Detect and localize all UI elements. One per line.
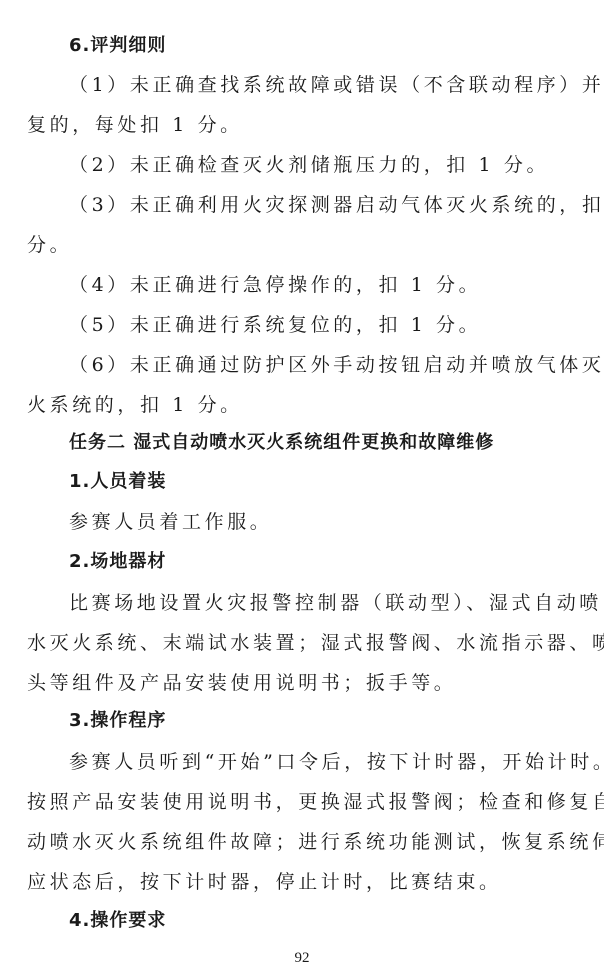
paragraph-line: 参赛人员着工作服。 [0,510,604,534]
page-number: 92 [0,950,604,967]
paragraph-line: 头等组件及产品安装使用说明书；扳手等。 [0,671,604,695]
paragraph-line: 应状态后，按下计时器，停止计时，比赛结束。 [0,870,604,894]
paragraph-line: 比赛场地设置火灾报警控制器（联动型）、湿式自动喷 [0,591,604,615]
section-heading: 4.操作要求 [0,909,604,933]
section-heading: 6.评判细则 [0,34,604,58]
rule-item-1: （1）未正确查找系统故障或错误（不含联动程序）并修 [0,73,604,97]
section-heading: 1.人员着装 [0,470,604,494]
section-heading: 2.场地器材 [0,550,604,574]
rule-item-5: （5）未正确进行系统复位的，扣 1 分。 [0,313,604,337]
task-title: 任务二 湿式自动喷水灭火系统组件更换和故障维修 [0,431,604,455]
rule-item-6: （6）未正确通过防护区外手动按钮启动并喷放气体灭 [0,353,604,377]
rule-item-3: （3）未正确利用火灾探测器启动气体灭火系统的，扣 1 [0,193,604,217]
section-heading: 3.操作程序 [0,709,604,733]
paragraph-line: 参赛人员听到“开始”口令后，按下计时器，开始计时。 [0,750,604,774]
rule-item-3-cont: 分。 [0,233,604,257]
rule-item-1-cont: 复的，每处扣 1 分。 [0,113,604,137]
rule-item-6-cont: 火系统的，扣 1 分。 [0,393,604,417]
rule-item-4: （4）未正确进行急停操作的，扣 1 分。 [0,273,604,297]
paragraph-line: 水灭火系统、末端试水装置；湿式报警阀、水流指示器、喷 [0,631,604,655]
paragraph-line: 动喷水灭火系统组件故障；进行系统功能测试，恢复系统伺 [0,830,604,854]
paragraph-line: 按照产品安装使用说明书，更换湿式报警阀；检查和修复自 [0,790,604,814]
rule-item-2: （2）未正确检查灭火剂储瓶压力的，扣 1 分。 [0,153,604,177]
